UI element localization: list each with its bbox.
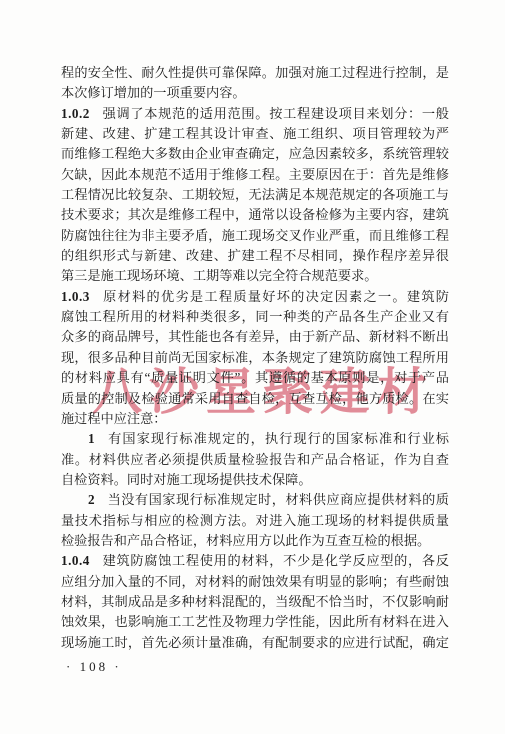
line-text: 量技术指标与相应的检测方法。对进入施工现场的材料提供质量 <box>61 513 449 528</box>
text-line: 1有国家现行标准规定的，执行现行的国家标准和行业标 <box>61 429 449 449</box>
text-line: 现场施工时，首先必须计量准确，有配制要求的应进行试配，确定 <box>61 633 449 653</box>
line-text: 腐蚀工程所用的材料种类很多，同一种类的产品各生产企业又有 <box>61 309 449 324</box>
text-line: 应组分加入量的不同，对材料的耐蚀效果有明显的影响；有些耐蚀 <box>61 572 449 592</box>
text-line: 而维修工程绝大多数由企业审查确定，应急因素较多，系统管理较 <box>61 144 449 164</box>
text-line: 检验报告和产品合格证，材料应用方以此作为互查互检的根据。 <box>61 531 449 551</box>
text-line: 工程情况比较复杂、工期较短，无法满足本规范规定的各项施工与 <box>61 185 449 205</box>
text-line: 防腐蚀往往为非主要矛盾，施工现场交叉作业严重，而且维修工程 <box>61 226 449 246</box>
text-line: 新建、改建、扩建工程其设计审查、施工组织、项目管理较为严格。 <box>61 124 449 144</box>
line-text: 众多的商品牌号，其性能也各有差异，由于新产品、新材料不断出 <box>61 329 449 344</box>
line-text: 蚀效果，也影响施工工艺性及物理力学性能，因此所有材料在进入 <box>61 614 449 629</box>
line-text: 应组分加入量的不同，对材料的耐蚀效果有明显的影响；有些耐蚀 <box>61 574 449 589</box>
line-text: 技术要求；其次是维修工程中，通常以设备检修为主要内容，建筑 <box>61 207 449 222</box>
page-number: · 108 · <box>66 659 122 675</box>
line-text: 的材料应具有“质量证明文件”。其遵循的基本原则是，对于产品 <box>61 370 449 385</box>
text-line: 材料，其制成品是多种材料混配的，当级配不恰当时，不仅影响耐 <box>61 592 449 612</box>
text-line: 本次修订增加的一项重要内容。 <box>61 83 449 103</box>
clause-number: 2 <box>88 492 95 507</box>
line-text: 现，很多品种目前尚无国家标准，本条规定了建筑防腐蚀工程所用 <box>61 350 449 365</box>
text-line: 程的安全性、耐久性提供可靠保障。加强对施工过程进行控制，是 <box>61 63 449 83</box>
text-line: 的材料应具有“质量证明文件”。其遵循的基本原则是，对于产品 <box>61 368 449 388</box>
line-text: 程的安全性、耐久性提供可靠保障。加强对施工过程进行控制，是 <box>61 65 449 80</box>
line-text: 工程情况比较复杂、工期较短，无法满足本规范规定的各项施工与 <box>61 187 449 202</box>
text-line: 1.0.4建筑防腐蚀工程使用的材料，不少是化学反应型的，各反 <box>61 551 449 571</box>
text-line: 蚀效果，也影响施工工艺性及物理力学性能，因此所有材料在进入 <box>61 612 449 632</box>
clause-number: 1.0.4 <box>61 553 90 568</box>
line-text: 准。材料供应者必须提供质量检验报告和产品合格证，作为自查 <box>61 452 449 467</box>
text-line: 技术要求；其次是维修工程中，通常以设备检修为主要内容，建筑 <box>61 205 449 225</box>
text-line: 施过程中应注意： <box>61 409 449 429</box>
text-line: 准。材料供应者必须提供质量检验报告和产品合格证，作为自查 <box>61 450 449 470</box>
text-line: 质量的控制及检验通常采用自查自检，互查互检，他方质检。在实 <box>61 389 449 409</box>
line-text: 本次修订增加的一项重要内容。 <box>61 85 246 100</box>
line-text: 有国家现行标准规定的，执行现行的国家标准和行业标 <box>107 431 449 446</box>
line-text: 第三是施工现场环境、工期等难以完全符合规范要求。 <box>61 268 378 283</box>
line-text: 自检资料。同时对施工现场提供技术保障。 <box>61 472 312 487</box>
document-page: 八沙星聚建材 程的安全性、耐久性提供可靠保障。加强对施工过程进行控制，是 本次修… <box>0 0 505 734</box>
line-text: 而维修工程绝大多数由企业审查确定，应急因素较多，系统管理较 <box>61 146 449 161</box>
line-text: 建筑防腐蚀工程使用的材料，不少是化学反应型的，各反 <box>102 553 449 568</box>
line-text: 检验报告和产品合格证，材料应用方以此作为互查互检的根据。 <box>61 533 430 548</box>
text-line: 量技术指标与相应的检测方法。对进入施工现场的材料提供质量 <box>61 511 449 531</box>
line-text: 当没有国家现行标准规定时，材料供应商应提供材料的质 <box>107 492 449 507</box>
line-text: 质量的控制及检验通常采用自查自检，互查互检，他方质检。在实 <box>61 391 449 406</box>
text-line: 自检资料。同时对施工现场提供技术保障。 <box>61 470 449 490</box>
line-text: 材料，其制成品是多种材料混配的，当级配不恰当时，不仅影响耐 <box>61 594 449 609</box>
text-line: 众多的商品牌号，其性能也各有差异，由于新产品、新材料不断出 <box>61 327 449 347</box>
text-line: 欠缺，因此本规范不适用于维修工程。主要原因在于：首先是维修 <box>61 165 449 185</box>
line-text: 强调了本规范的适用范围。按工程建设项目来划分：一般 <box>102 106 449 121</box>
line-text: 的组织形式与新建、改建、扩建工程不尽相同，操作程序差异很大； <box>61 248 449 266</box>
line-text: 新建、改建、扩建工程其设计审查、施工组织、项目管理较为严格。 <box>61 126 449 144</box>
line-text: 原材料的优劣是工程质量好坏的决定因素之一。建筑防 <box>102 289 449 304</box>
text-line: 的组织形式与新建、改建、扩建工程不尽相同，操作程序差异很大； <box>61 246 449 266</box>
document-body: 程的安全性、耐久性提供可靠保障。加强对施工过程进行控制，是 本次修订增加的一项重… <box>61 63 449 653</box>
line-text: 施过程中应注意： <box>61 411 167 426</box>
line-text: 防腐蚀往往为非主要矛盾，施工现场交叉作业严重，而且维修工程 <box>61 228 449 243</box>
text-line: 1.0.3原材料的优劣是工程质量好坏的决定因素之一。建筑防 <box>61 287 449 307</box>
clause-number: 1 <box>88 431 95 446</box>
text-line: 腐蚀工程所用的材料种类很多，同一种类的产品各生产企业又有 <box>61 307 449 327</box>
text-line: 第三是施工现场环境、工期等难以完全符合规范要求。 <box>61 266 449 286</box>
line-text: 现场施工时，首先必须计量准确，有配制要求的应进行试配，确定 <box>61 635 449 650</box>
text-line: 现，很多品种目前尚无国家标准，本条规定了建筑防腐蚀工程所用 <box>61 348 449 368</box>
clause-number: 1.0.2 <box>61 106 90 121</box>
text-line: 2当没有国家现行标准规定时，材料供应商应提供材料的质 <box>61 490 449 510</box>
text-line: 1.0.2强调了本规范的适用范围。按工程建设项目来划分：一般 <box>61 104 449 124</box>
clause-number: 1.0.3 <box>61 289 90 304</box>
line-text: 欠缺，因此本规范不适用于维修工程。主要原因在于：首先是维修 <box>61 167 449 182</box>
